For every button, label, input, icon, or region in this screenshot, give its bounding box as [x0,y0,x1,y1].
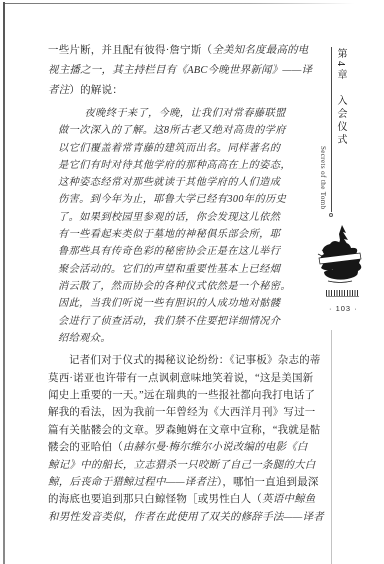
text-segment: 髅会的亚哈伯（ [48,442,123,453]
text-segment: 视主播之一，其主持栏目有《ABC今晚世界新闻》——译 [48,65,312,76]
text-line: 会进行了侦查活动，我们禁不住要把详细情况介 [58,313,298,330]
text-line: 鲁那些具有传奇色彩的秘密协会正是在这儿举行 [58,243,298,260]
text-segment: 鲸记》中的船长，立志猎杀一只咬断了自己一条腿的大白 [48,460,316,471]
text-segment: 鲸，后丧命于猎鲸过程中——译者注 [48,477,217,488]
text-segment: 闻史上重要的一天。”远在瑞典的一些报社都向我打电话了 [48,390,315,401]
chapter-heading-vertical: 第4章 入会仪式 [333,48,348,147]
text-line: 记者们对于仪式的揭秘议论纷纷：《记事板》杂志的蒂 [48,352,312,369]
text-segment: 一些片断，并且配有彼得·詹宁斯（ [48,45,212,56]
paragraph-intro: 一些片断，并且配有彼得·詹宁斯（全美知名度最高的电视主播之一，其主持栏目有《AB… [48,41,312,101]
text-segment: 全美知名度最高的电 [212,45,308,56]
text-line: 消云散了，然而协会的各种仪式依然是一个秘密。 [58,278,298,295]
text-segment: 解我的看法，因为我前一年曾经为《大西洋月刊》写过一 [48,407,316,418]
page-edge-left-line [3,2,5,564]
text-segment: 者注 [48,85,69,96]
book-title-english: Secrets of the Tomb [319,146,327,210]
page-number: · 103 · [329,304,358,313]
tomb-trees-emblem-icon [316,224,364,286]
text-line: 鲸，后丧命于猎鲸过程中——译者注），哪怕一直追到最深 [48,474,312,491]
text-segment: 篇有关骷髅会的文章。罗森鲍姆在文章中宣称，“我就是骷 [48,425,320,436]
text-line: 这种姿态经常对那些就读于其他学府的人们造成 [58,174,298,191]
margin-rule-lower [331,330,332,564]
text-line: 视主播之一，其主持栏目有《ABC今晚世界新闻》——译 [48,61,312,81]
page-text-column: 一些片断，并且配有彼得·詹宁斯（全美知名度最高的电视主播之一，其主持栏目有《AB… [48,41,312,526]
text-line: 聚会活动的。它们的声望和重要性基本上已经烟 [58,261,298,278]
text-segment: 记者们对于仪式的揭秘议论纷纷：《记事板》杂志的蒂 [69,355,321,366]
text-segment: 和男性发音类似，作者在此使用了双关的修辞手法——译者 [48,512,324,523]
paragraph-journalists: 记者们对于仪式的揭秘议论纷纷：《记事板》杂志的蒂莫西·诺亚也许带有一点讽刺意味地… [48,352,312,526]
text-line: 夜晚终于来了，今晚，让我们对常春藤联盟 [58,105,298,122]
text-line: 有一些看起来类似于墓地的神秘俱乐部会所，耶 [58,226,298,243]
margin-rule [331,47,332,212]
text-segment: ）的解说： [69,85,123,96]
text-line: 绍给观众。 [58,330,298,347]
text-line: 和男性发音类似，作者在此使用了双关的修辞手法——译者 [48,509,312,526]
text-line: 以它们覆盖着常青藤的建筑而出名。同样著名的 [58,140,298,157]
text-line: 篇有关骷髅会的文章。罗森鲍姆在文章中宣称，“我就是骷 [48,422,312,439]
text-line: 因此，当我们听说一些有胆识的人成功地对骷髅 [58,295,298,312]
stamp-barcode-icon [326,290,359,297]
text-segment: 英语中鲸鱼 [262,494,316,505]
text-line: 了。如果到校园里参观的话，你会发现这儿依然 [58,209,298,226]
text-segment: 莫西·诺亚也许带有一点讽刺意味地笑着说，“这是美国新 [48,373,313,384]
text-line: 闻史上重要的一天。”远在瑞典的一些报社都向我打电话了 [48,387,312,404]
text-line: 伤害。到今年为止，耶鲁大学已经有300年的历史 [58,191,298,208]
text-line: 解我的看法，因为我前一年曾经为《大西洋月刊》写过一 [48,404,312,421]
blockquote-tv-narration: 夜晚终于来了，今晚，让我们对常春藤联盟做一次深入的了解。这8所古老又绝对高贵的学… [58,105,298,347]
text-line: 是它们有时对待其他学府的那种高高在上的姿态， [58,157,298,174]
book-page: 一些片断，并且配有彼得·詹宁斯（全美知名度最高的电视主播之一，其主持栏目有《AB… [0,0,384,564]
text-segment: 由赫尔曼·梅尔维尔小说改编的电影《白 [123,442,308,453]
margin-rule-end-circle [329,213,333,217]
text-line: 髅会的亚哈伯（由赫尔曼·梅尔维尔小说改编的电影《白 [48,439,312,456]
page-edge-top-line [4,3,354,4]
text-line: 莫西·诺亚也许带有一点讽刺意味地笑着说，“这是美国新 [48,370,312,387]
text-line: 鲸记》中的船长，立志猎杀一只咬断了自己一条腿的大白 [48,457,312,474]
text-segment: 的海底也要追到那只白鲸怪物［或男性白人（ [48,494,262,505]
text-line: 者注）的解说： [48,81,312,101]
text-line: 一些片断，并且配有彼得·詹宁斯（全美知名度最高的电 [48,41,312,61]
text-segment: ），哪怕一直追到最深 [217,477,319,488]
text-line: 做一次深入的了解。这8所古老又绝对高贵的学府 [58,122,298,139]
text-line: 的海底也要追到那只白鲸怪物［或男性白人（英语中鲸鱼 [48,491,312,508]
